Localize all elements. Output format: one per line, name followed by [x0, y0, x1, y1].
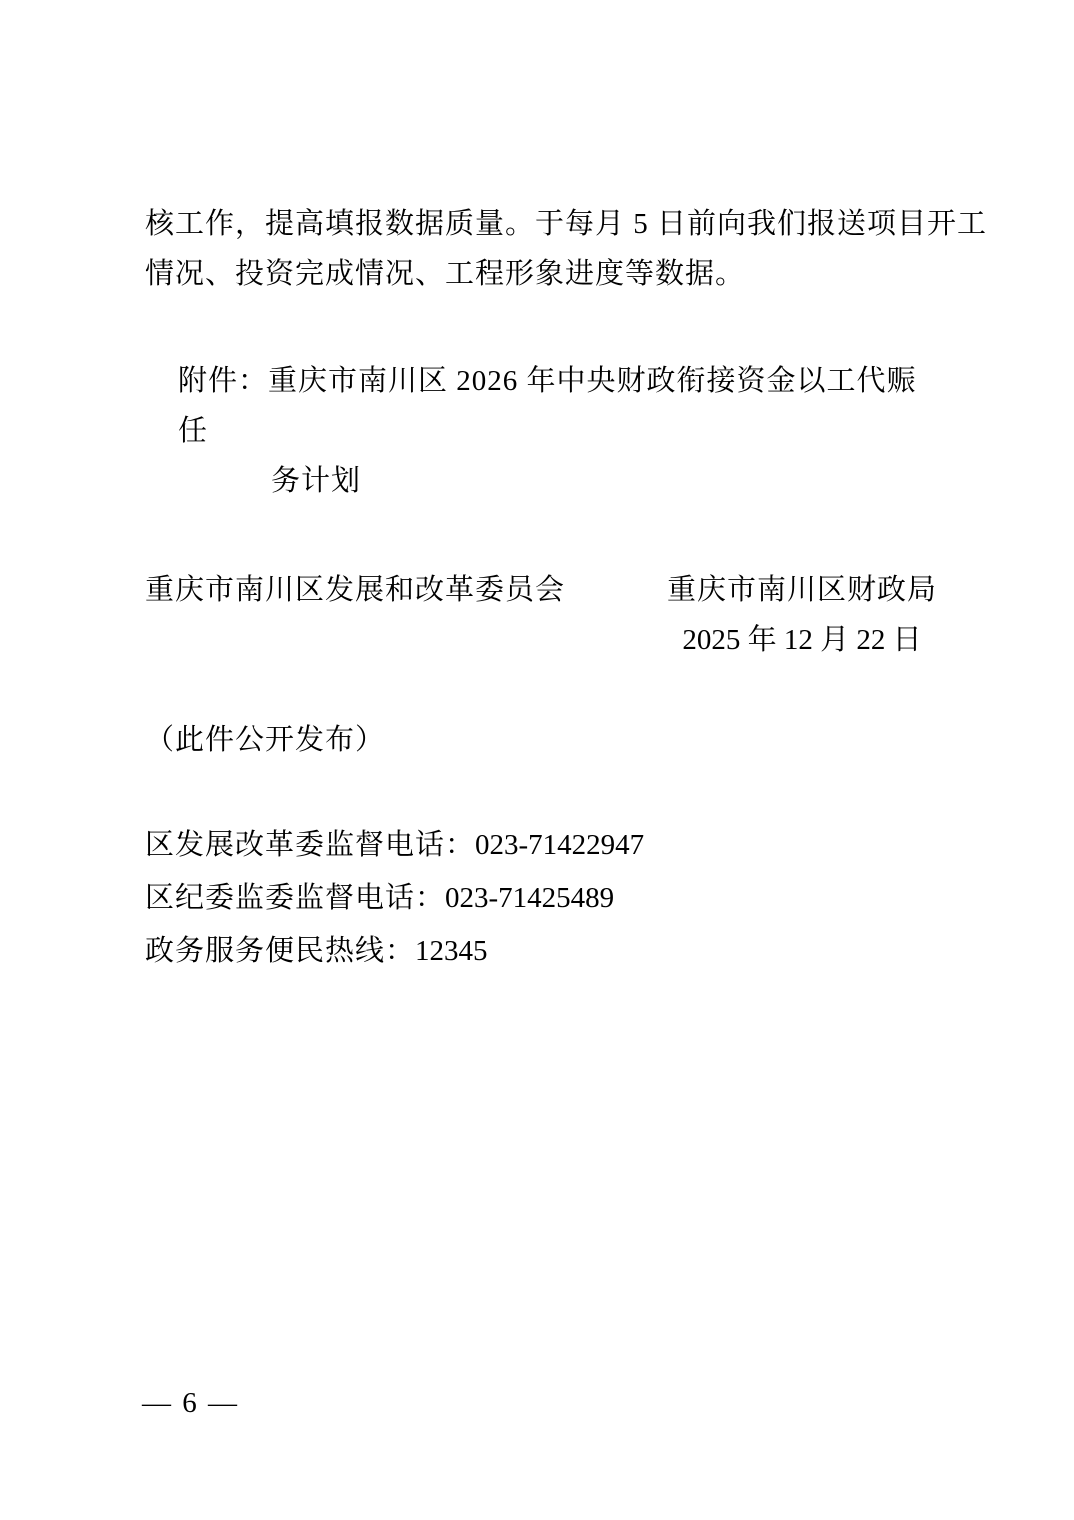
- contact-number: 12345: [415, 935, 488, 967]
- document-page: 核工作，提高填报数据质量。于每月 5 日前向我们报送项目开工 情况、投资完成情况…: [0, 0, 1074, 1520]
- attachment-label: 附件：: [178, 365, 268, 397]
- body-paragraph: 核工作，提高填报数据质量。于每月 5 日前向我们报送项目开工 情况、投资完成情况…: [145, 199, 937, 299]
- contact-label: 区发展改革委监督电话：: [145, 829, 475, 861]
- attachment-title-line: 重庆市南川区 2026 年中央财政衔接资金以工代赈任: [178, 365, 917, 447]
- contact-line: 政务服务便民热线：12345: [145, 925, 937, 978]
- attachment-note: 附件：重庆市南川区 2026 年中央财政衔接资金以工代赈任 务计划: [178, 356, 937, 506]
- attachment-line: 附件：重庆市南川区 2026 年中央财政衔接资金以工代赈任: [178, 356, 937, 456]
- attachment-title-line: 务计划: [271, 456, 937, 506]
- body-text-line: 情况、投资完成情况、工程形象进度等数据。: [145, 249, 937, 299]
- issue-date: 2025 年 12 月 22 日: [667, 615, 937, 665]
- contact-label: 区纪委监委监督电话：: [145, 882, 445, 914]
- issuer-org-left: 重庆市南川区发展和改革委员会: [145, 565, 565, 615]
- contact-number: 023-71422947: [475, 829, 644, 861]
- contact-number: 023-71425489: [445, 882, 614, 914]
- issuer-org-right: 重庆市南川区财政局: [667, 565, 937, 615]
- contact-list: 区发展改革委监督电话：023-71422947 区纪委监委监督电话：023-71…: [145, 819, 937, 978]
- contact-line: 区纪委监委监督电话：023-71425489: [145, 872, 937, 925]
- body-text-line: 核工作，提高填报数据质量。于每月 5 日前向我们报送项目开工: [145, 199, 937, 249]
- contact-line: 区发展改革委监督电话：023-71422947: [145, 819, 937, 872]
- signature-row: 重庆市南川区发展和改革委员会 重庆市南川区财政局 2025 年 12 月 22 …: [145, 565, 937, 665]
- contact-label: 政务服务便民热线：: [145, 935, 415, 967]
- publication-note: （此件公开发布）: [145, 715, 937, 765]
- page-number: — 6 —: [142, 1378, 239, 1428]
